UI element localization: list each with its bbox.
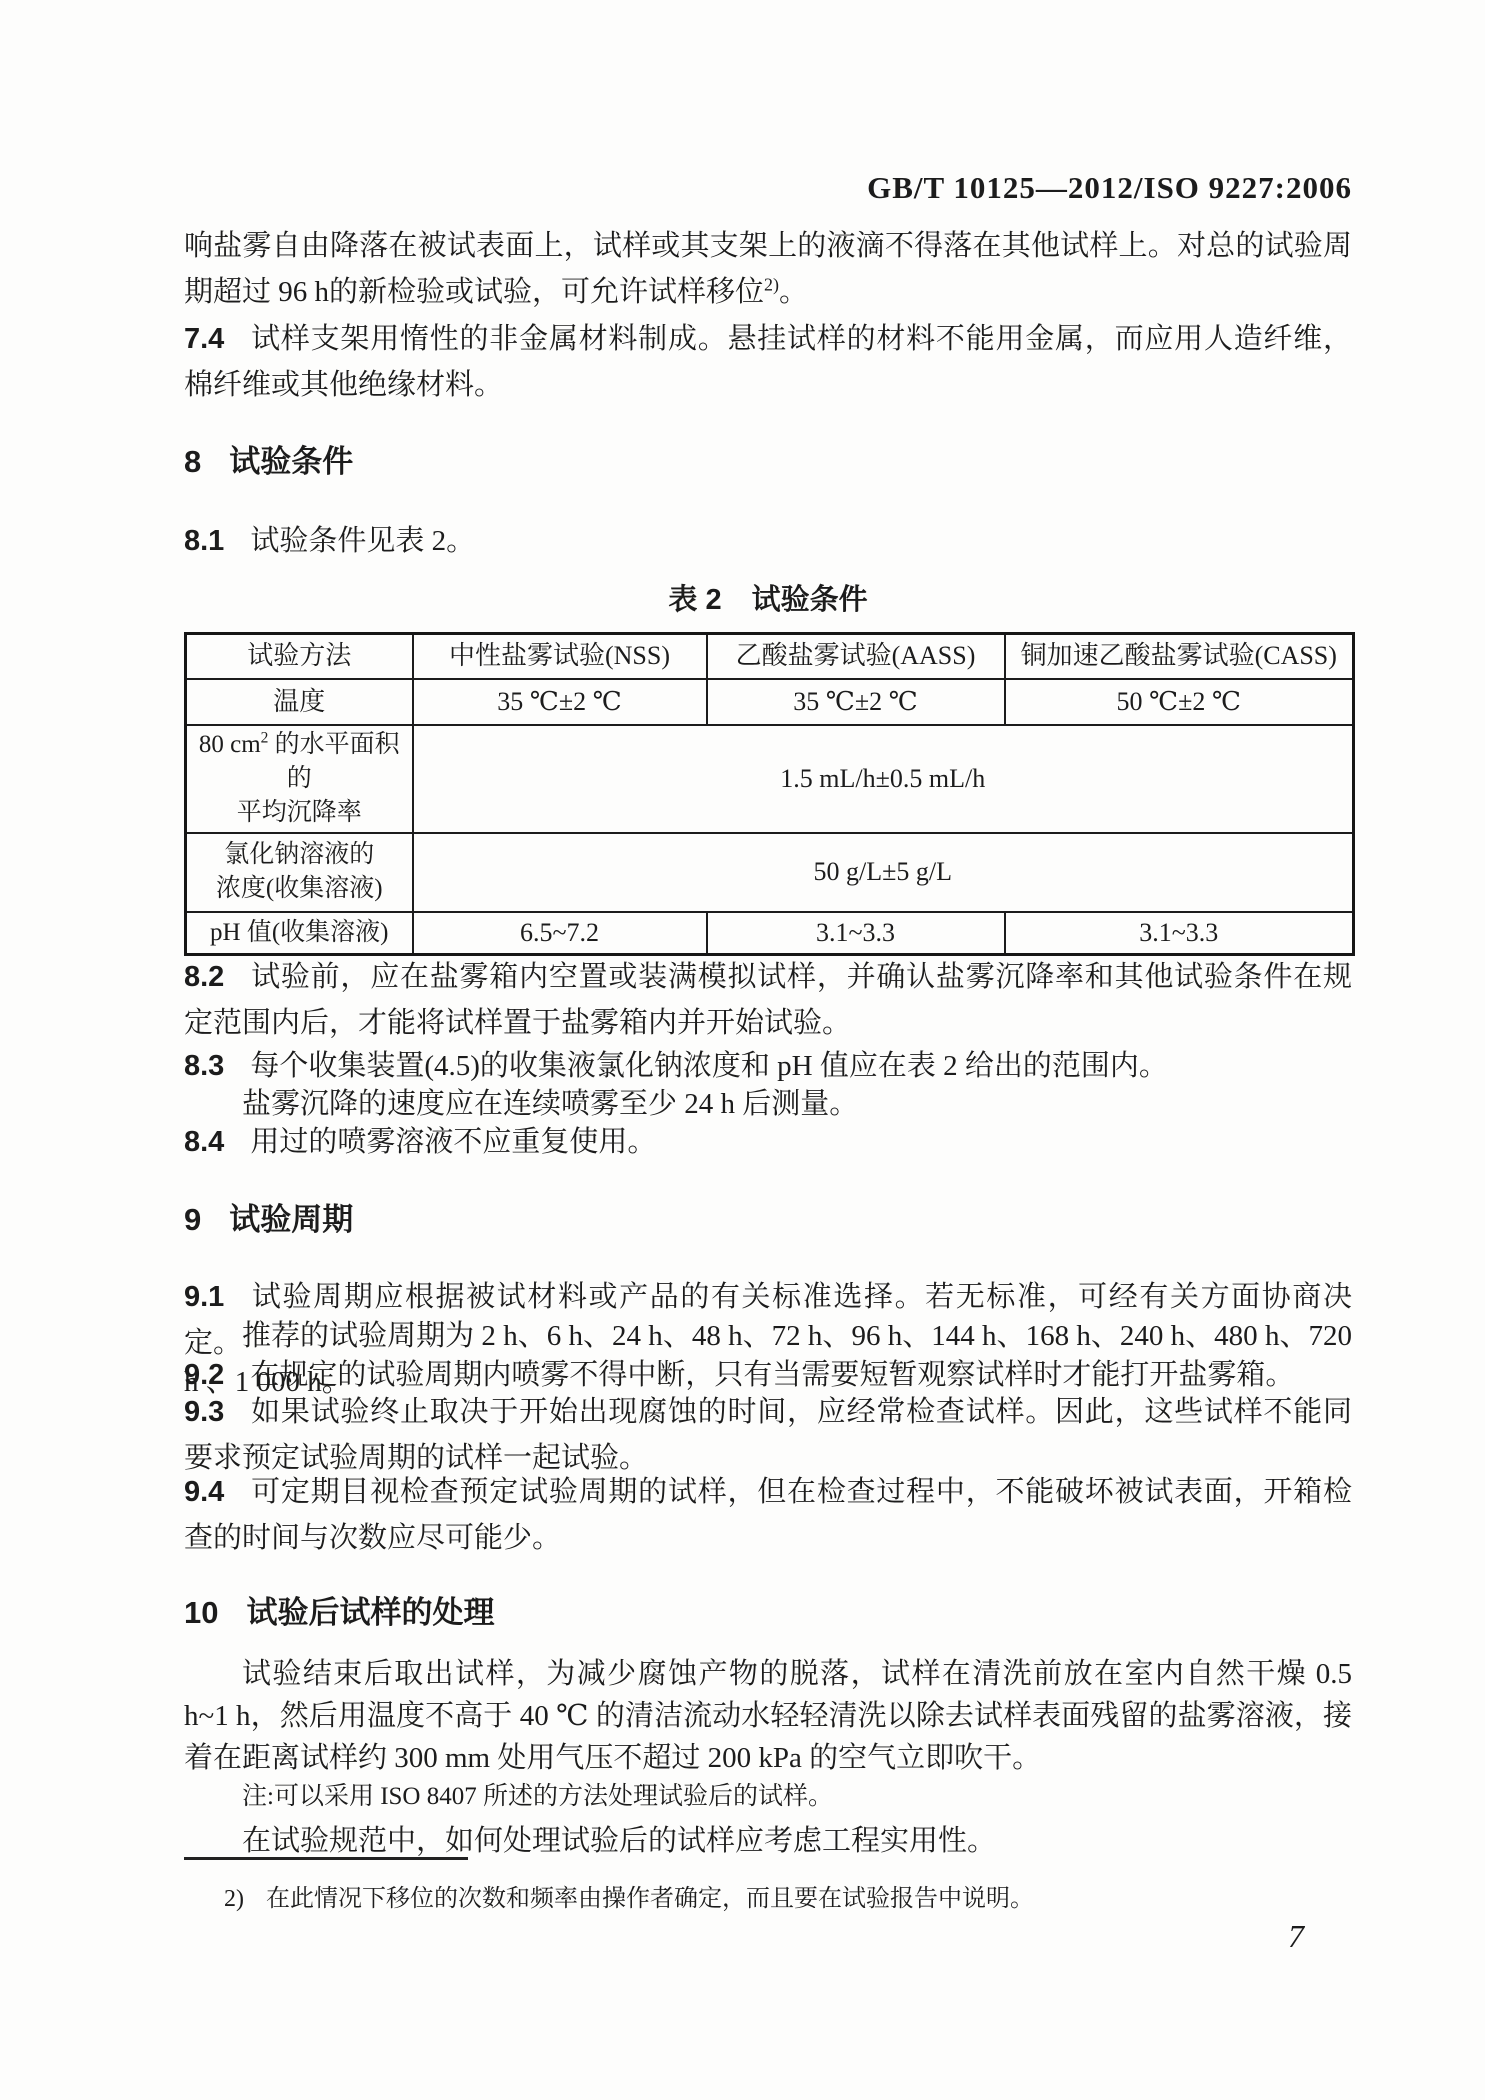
- temperature-nss: 35 ℃±2 ℃: [413, 679, 707, 725]
- fallout-label-line2: 平均沉降率: [193, 796, 406, 830]
- header-cell-aass: 乙酸盐雾试验(AASS): [707, 634, 1005, 679]
- section-8-heading: 8试验条件: [184, 440, 1352, 484]
- footnote: 2)在此情况下移位的次数和频率由操作者确定，而且要在试验报告中说明。: [184, 1882, 1392, 1916]
- page-number: 7: [184, 1916, 1352, 1956]
- section-number: 8: [184, 444, 201, 479]
- table-row-fallout-rate: 80 cm2 的水平面积的 平均沉降率 1.5 mL/h±0.5 mL/h: [186, 725, 1354, 833]
- footnote-number: 2): [224, 1886, 244, 1912]
- table-caption-title: 试验条件: [752, 584, 868, 616]
- clause-8-4: 8.4用过的喷雾溶液不应重复使用。: [184, 1119, 1352, 1165]
- clause-text: 试验条件见表 2。: [250, 525, 475, 557]
- clause-number: 9.4: [184, 1476, 224, 1508]
- table-caption-number: 表 2: [668, 584, 721, 616]
- table-header-row: 试验方法 中性盐雾试验(NSS) 乙酸盐雾试验(AASS) 铜加速乙酸盐雾试验(…: [186, 634, 1354, 679]
- section-10-heading: 10试验后试样的处理: [184, 1591, 1352, 1635]
- clause-8-2: 8.2试验前，应在盐雾箱内空置或装满模拟试样，并确认盐雾沉降率和其他试验条件在规…: [184, 954, 1352, 1046]
- nacl-label-line1: 氯化钠溶液的: [193, 838, 406, 872]
- nacl-concentration-value: 50 g/L±5 g/L: [413, 833, 1354, 912]
- header-cell-cass: 铜加速乙酸盐雾试验(CASS): [1005, 634, 1354, 679]
- test-conditions-table: 试验方法 中性盐雾试验(NSS) 乙酸盐雾试验(AASS) 铜加速乙酸盐雾试验(…: [184, 632, 1355, 956]
- clause-text: 试样支架用惰性的非金属材料制成。悬挂试样的材料不能用金属，而应用人造纤维，棉纤维…: [184, 323, 1352, 401]
- section-number: 10: [184, 1595, 218, 1630]
- table-row-ph: pH 值(收集溶液) 6.5~7.2 3.1~3.3 3.1~3.3: [186, 912, 1354, 955]
- clause-number: 8.4: [184, 1126, 224, 1158]
- section-number: 9: [184, 1202, 201, 1237]
- clause-text: 可定期目视检查预定试验周期的试样，但在检查过程中，不能破坏被试表面，开箱检查的时…: [184, 1476, 1352, 1554]
- section-10-paragraph: 试验结束后取出试样，为减少腐蚀产物的脱落，试样在清洗前放在室内自然干燥 0.5 …: [184, 1653, 1352, 1779]
- clause-number: 8.3: [184, 1050, 224, 1082]
- clause-number: 7.4: [184, 323, 224, 355]
- row-label-ph: pH 值(收集溶液): [186, 912, 413, 955]
- fallout-label-line1: 80 cm2 的水平面积的: [193, 728, 406, 796]
- temperature-aass: 35 ℃±2 ℃: [707, 679, 1005, 725]
- clause-number: 9.2: [184, 1359, 224, 1391]
- clause-text: 每个收集装置(4.5)的收集液氯化钠浓度和 pH 值应在表 2 给出的范围内。: [250, 1050, 1168, 1082]
- ph-nss: 6.5~7.2: [413, 912, 707, 955]
- standard-code-header: GB/T 10125—2012/ISO 9227:2006: [184, 168, 1352, 208]
- clause-text: 用过的喷雾溶液不应重复使用。: [250, 1126, 656, 1158]
- ph-cass: 3.1~3.3: [1005, 912, 1354, 955]
- footnote-text: 在此情况下移位的次数和频率由操作者确定，而且要在试验报告中说明。: [266, 1886, 1034, 1912]
- section-title: 试验条件: [229, 444, 353, 479]
- section-title: 试验周期: [229, 1202, 353, 1237]
- clause-9-4: 9.4可定期目视检查预定试验周期的试样，但在检查过程中，不能破坏被试表面，开箱检…: [184, 1469, 1352, 1561]
- table-2-caption: 表 2试验条件: [184, 577, 1352, 623]
- clause-text: 如果试验终止取决于开始出现腐蚀的时间，应经常检查试样。因此，这些试样不能同要求预…: [184, 1396, 1352, 1474]
- clause-text: 试验前，应在盐雾箱内空置或装满模拟试样，并确认盐雾沉降率和其他试验条件在规定范围…: [184, 961, 1352, 1039]
- row-label-nacl: 氯化钠溶液的 浓度(收集溶液): [186, 833, 413, 912]
- clause-7-4: 7.4试样支架用惰性的非金属材料制成。悬挂试样的材料不能用金属，而应用人造纤维，…: [184, 316, 1352, 408]
- table-row-temperature: 温度 35 ℃±2 ℃ 35 ℃±2 ℃ 50 ℃±2 ℃: [186, 679, 1354, 725]
- fallout-rate-value: 1.5 mL/h±0.5 mL/h: [413, 725, 1354, 833]
- table-row-nacl-concentration: 氯化钠溶液的 浓度(收集溶液) 50 g/L±5 g/L: [186, 833, 1354, 912]
- section-9-heading: 9试验周期: [184, 1198, 1352, 1242]
- section-title: 试验后试样的处理: [246, 1595, 494, 1630]
- intro-paragraph: 响盐雾自由降落在被试表面上，试样或其支架上的液滴不得落在其他试样上。对总的试验周…: [184, 223, 1352, 315]
- clause-number: 9.1: [184, 1281, 224, 1313]
- ph-aass: 3.1~3.3: [707, 912, 1005, 955]
- footnote-ref-superscript: 2): [764, 274, 779, 294]
- clause-number: 9.3: [184, 1396, 224, 1428]
- clause-text: 在规定的试验周期内喷雾不得中断，只有当需要短暂观察试样时才能打开盐雾箱。: [250, 1359, 1294, 1391]
- row-label-temperature: 温度: [186, 679, 413, 725]
- fallout-label-post: 的水平面积的: [268, 731, 399, 792]
- clause-8-1: 8.1试验条件见表 2。: [184, 518, 1352, 564]
- intro-text: 响盐雾自由降落在被试表面上，试样或其支架上的液滴不得落在其他试样上。对总的试验周…: [184, 230, 1352, 308]
- footnote-divider: [184, 1857, 468, 1860]
- header-cell-nss: 中性盐雾试验(NSS): [413, 634, 707, 679]
- row-label-fallout-rate: 80 cm2 的水平面积的 平均沉降率: [186, 725, 413, 833]
- temperature-cass: 50 ℃±2 ℃: [1005, 679, 1354, 725]
- document-page: GB/T 10125—2012/ISO 9227:2006 响盐雾自由降落在被试…: [0, 0, 1485, 2100]
- nacl-label-line2: 浓度(收集溶液): [193, 872, 406, 906]
- clause-number: 8.2: [184, 961, 224, 993]
- intro-tail: 。: [779, 276, 808, 308]
- fallout-label-pre: 80 cm: [199, 731, 261, 758]
- note-line: 注:可以采用 ISO 8407 所述的方法处理试验后的试样。: [184, 1779, 1352, 1815]
- header-cell-method: 试验方法: [186, 634, 413, 679]
- clause-number: 8.1: [184, 525, 224, 557]
- clause-9-3: 9.3如果试验终止取决于开始出现腐蚀的时间，应经常检查试样。因此，这些试样不能同…: [184, 1389, 1352, 1481]
